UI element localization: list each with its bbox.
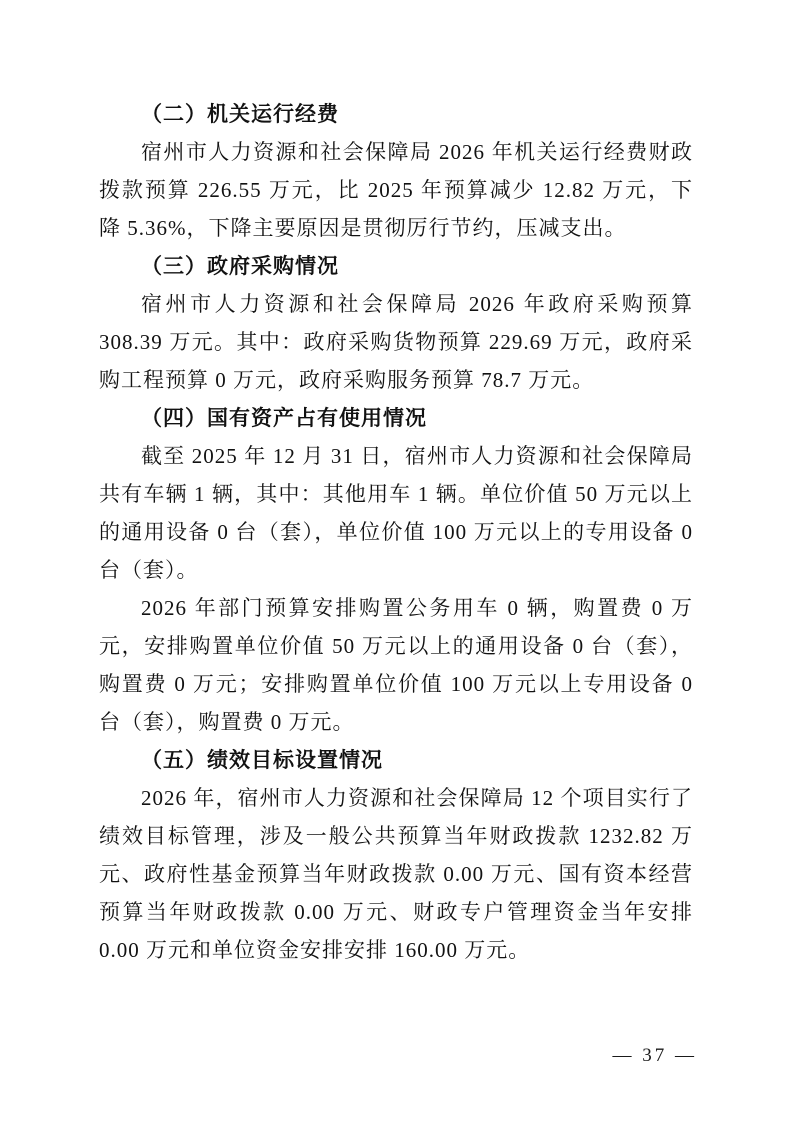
section-heading-government-procurement: （三）政府采购情况 [99,247,693,285]
section-heading-agency-operating-expenses: （二）机关运行经费 [99,95,693,133]
page-number: — 37 — [613,1045,698,1066]
page-footer: — 37 — [613,1042,698,1070]
paragraph-state-owned-assets-planned: 2026 年部门预算安排购置公务用车 0 辆，购置费 0 万元，安排购置单位价值… [99,589,693,741]
document-content: （二）机关运行经费 宿州市人力资源和社会保障局 2026 年机关运行经费财政拨款… [99,95,693,969]
paragraph-agency-operating-expenses: 宿州市人力资源和社会保障局 2026 年机关运行经费财政拨款预算 226.55 … [99,133,693,247]
paragraph-government-procurement: 宿州市人力资源和社会保障局 2026 年政府采购预算 308.39 万元。其中：… [99,285,693,399]
section-heading-state-owned-assets: （四）国有资产占有使用情况 [99,399,693,437]
paragraph-performance-targets: 2026 年，宿州市人力资源和社会保障局 12 个项目实行了绩效目标管理，涉及一… [99,779,693,969]
document-page: （二）机关运行经费 宿州市人力资源和社会保障局 2026 年机关运行经费财政拨款… [0,0,793,1122]
section-heading-performance-targets: （五）绩效目标设置情况 [99,741,693,779]
paragraph-state-owned-assets-current: 截至 2025 年 12 月 31 日，宿州市人力资源和社会保障局共有车辆 1 … [99,437,693,589]
